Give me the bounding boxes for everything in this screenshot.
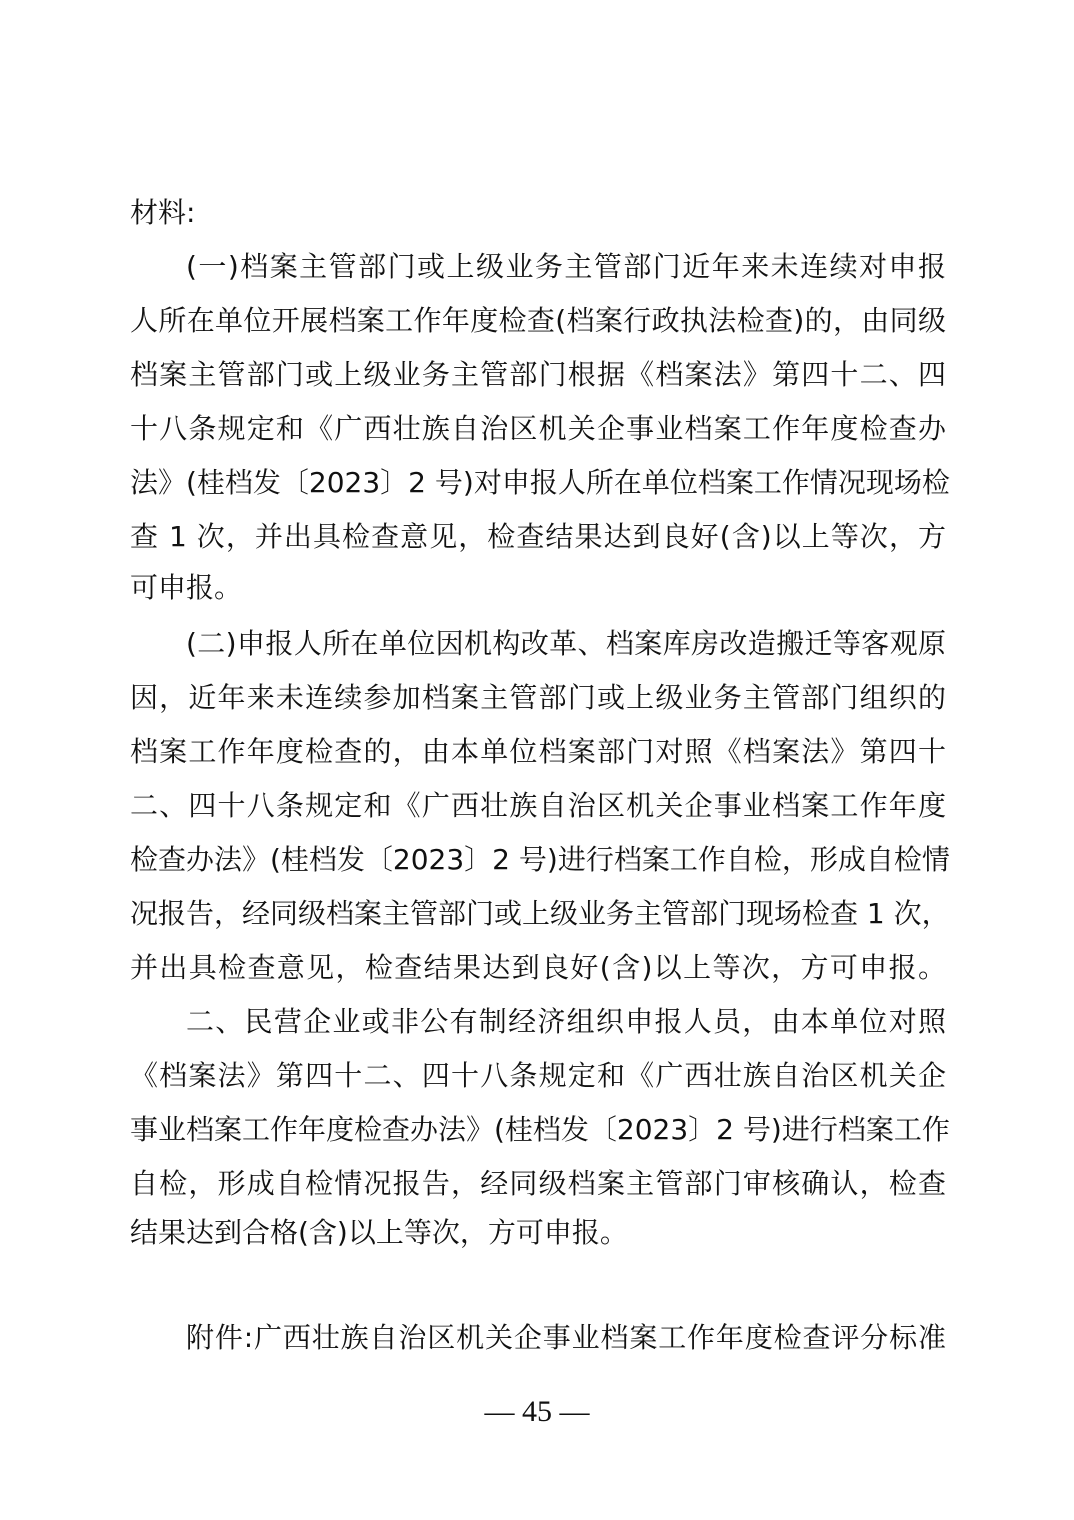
paragraph-line: 自检，形成自检情况报告，经同级档案主管部门审核确认，检查 <box>130 1164 946 1204</box>
document-page: 材料: (一)档案主管部门或上级业务主管部门近年来未连续对申报 人所在单位开展档… <box>0 0 1074 1520</box>
intro-label: 材料: <box>130 193 946 233</box>
paragraph-line: 事业档案工作年度检查办法》(桂档发〔2023〕2 号)进行档案工作 <box>130 1110 946 1150</box>
paragraph-line: 二、民营企业或非公有制经济组织申报人员，由本单位对照 <box>186 1002 946 1042</box>
paragraph-line: 十八条规定和《广西壮族自治区机关企事业档案工作年度检查办 <box>130 409 946 449</box>
paragraph-line: (一)档案主管部门或上级业务主管部门近年来未连续对申报 <box>186 247 946 287</box>
paragraph-line: 因，近年来未连续参加档案主管部门或上级业务主管部门组织的 <box>130 678 946 718</box>
paragraph-line: 法》(桂档发〔2023〕2 号)对申报人所在单位档案工作情况现场检 <box>130 463 946 503</box>
attachment-line: 附件:广西壮族自治区机关企事业档案工作年度检查评分标准 <box>186 1318 946 1358</box>
paragraph-line: 查 1 次，并出具检查意见，检查结果达到良好(含)以上等次，方 <box>130 517 946 557</box>
paragraph-line: 检查办法》(桂档发〔2023〕2 号)进行档案工作自检，形成自检情 <box>130 840 946 880</box>
paragraph-line: 二、四十八条规定和《广西壮族自治区机关企事业档案工作年度 <box>130 786 946 826</box>
paragraph-line: 档案工作年度检查的，由本单位档案部门对照《档案法》第四十 <box>130 732 946 772</box>
paragraph-line: 《档案法》第四十二、四十八条规定和《广西壮族自治区机关企 <box>130 1056 946 1096</box>
paragraph-line: 结果达到合格(含)以上等次，方可申报。 <box>130 1213 946 1253</box>
page-number: — 45 — <box>0 1392 1074 1432</box>
paragraph-line: (二)申报人所在单位因机构改革、档案库房改造搬迁等客观原 <box>186 624 946 664</box>
paragraph-line: 可申报。 <box>130 568 946 608</box>
paragraph-line: 并出具检查意见，检查结果达到良好(含)以上等次，方可申报。 <box>130 948 946 988</box>
paragraph-line: 档案主管部门或上级业务主管部门根据《档案法》第四十二、四 <box>130 355 946 395</box>
paragraph-line: 况报告，经同级档案主管部门或上级业务主管部门现场检查 1 次， <box>130 894 946 934</box>
paragraph-line: 人所在单位开展档案工作年度检查(档案行政执法检查)的，由同级 <box>130 301 946 341</box>
